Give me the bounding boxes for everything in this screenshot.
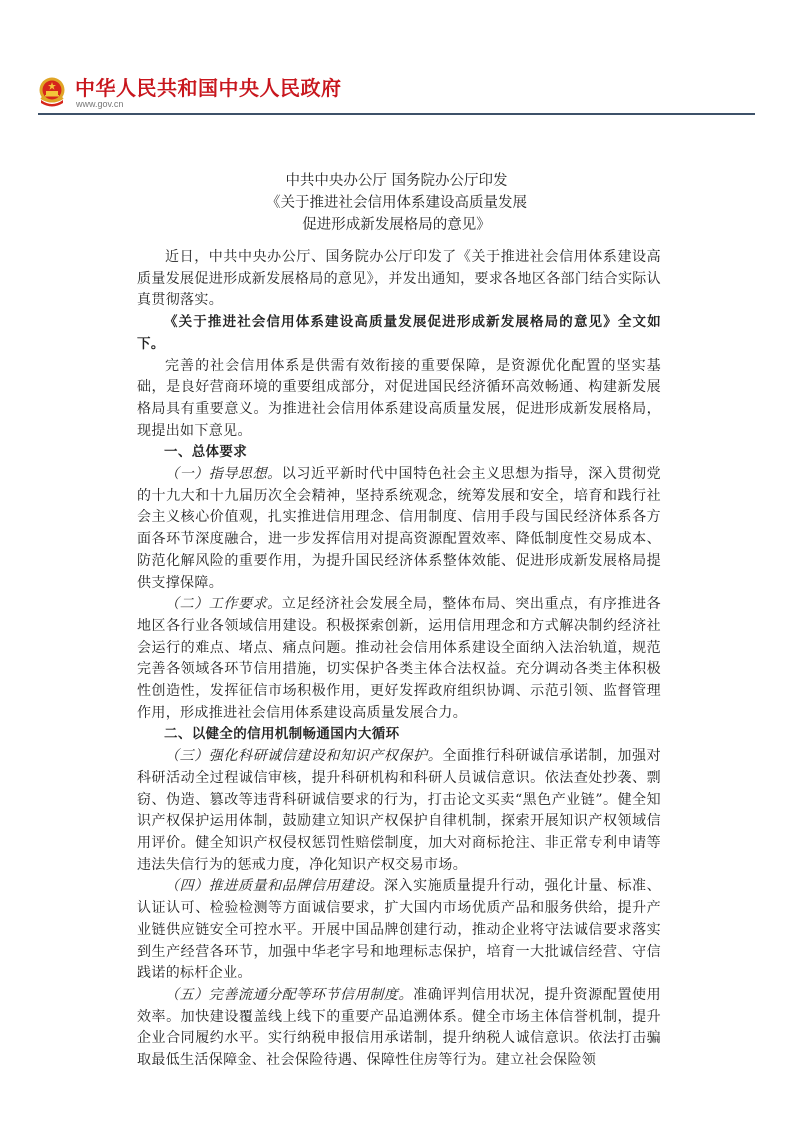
clause-lead: （四）推进质量和品牌信用建设。 bbox=[165, 878, 384, 894]
fulltext-note: 《关于推进社会信用体系建设高质量发展促进形成新发展格局的意见》全文如下。 bbox=[137, 312, 661, 355]
clause-lead: （一）指导思想。 bbox=[165, 466, 282, 482]
section-heading-1: 一、总体要求 bbox=[137, 442, 661, 464]
section-heading-2: 二、以健全的信用机制畅通国内大循环 bbox=[137, 724, 661, 746]
site-title[interactable]: 中华人民共和国中央人民政府 bbox=[75, 72, 342, 101]
clause-2: （二）工作要求。立足经济社会发展全局，整体布局、突出重点，有序推进各地区各行业各… bbox=[137, 594, 661, 724]
clause-4: （四）推进质量和品牌信用建设。深入实施质量提升行动，强化计量、标准、认证认可、检… bbox=[137, 876, 661, 985]
national-emblem-icon bbox=[37, 76, 67, 108]
clause-lead: （三）强化科研诚信建设和知识产权保护。 bbox=[165, 748, 442, 764]
header-divider bbox=[38, 113, 755, 115]
title-line-1: 中共中央办公厅 国务院办公厅印发 bbox=[0, 170, 793, 192]
title-line-2: 《关于推进社会信用体系建设高质量发展 bbox=[0, 192, 793, 214]
preamble-paragraph: 完善的社会信用体系是供需有效衔接的重要保障，是资源优化配置的坚实基础，是良好营商… bbox=[137, 356, 661, 443]
site-header: 中华人民共和国中央人民政府 www.gov.cn bbox=[0, 0, 793, 120]
clause-lead: （二）工作要求。 bbox=[165, 596, 282, 612]
clause-3: （三）强化科研诚信建设和知识产权保护。全面推行科研诚信承诺制，加强对科研活动全过… bbox=[137, 746, 661, 876]
clause-1: （一）指导思想。以习近平新时代中国特色社会主义思想为指导，深入贯彻党的十九大和十… bbox=[137, 464, 661, 594]
clause-lead: （五）完善流通分配等环节信用制度。 bbox=[165, 987, 413, 1003]
document-body: 近日，中共中央办公厅、国务院办公厅印发了《关于推进社会信用体系建设高质量发展促进… bbox=[137, 247, 661, 1072]
document-title: 中共中央办公厅 国务院办公厅印发 《关于推进社会信用体系建设高质量发展 促进形成… bbox=[0, 170, 793, 236]
clause-5: （五）完善流通分配等环节信用制度。准确评判信用状况，提升资源配置使用效率。加快建… bbox=[137, 985, 661, 1072]
intro-paragraph: 近日，中共中央办公厅、国务院办公厅印发了《关于推进社会信用体系建设高质量发展促进… bbox=[137, 247, 661, 312]
site-url[interactable]: www.gov.cn bbox=[76, 99, 123, 109]
title-line-3: 促进形成新发展格局的意见》 bbox=[0, 214, 793, 236]
